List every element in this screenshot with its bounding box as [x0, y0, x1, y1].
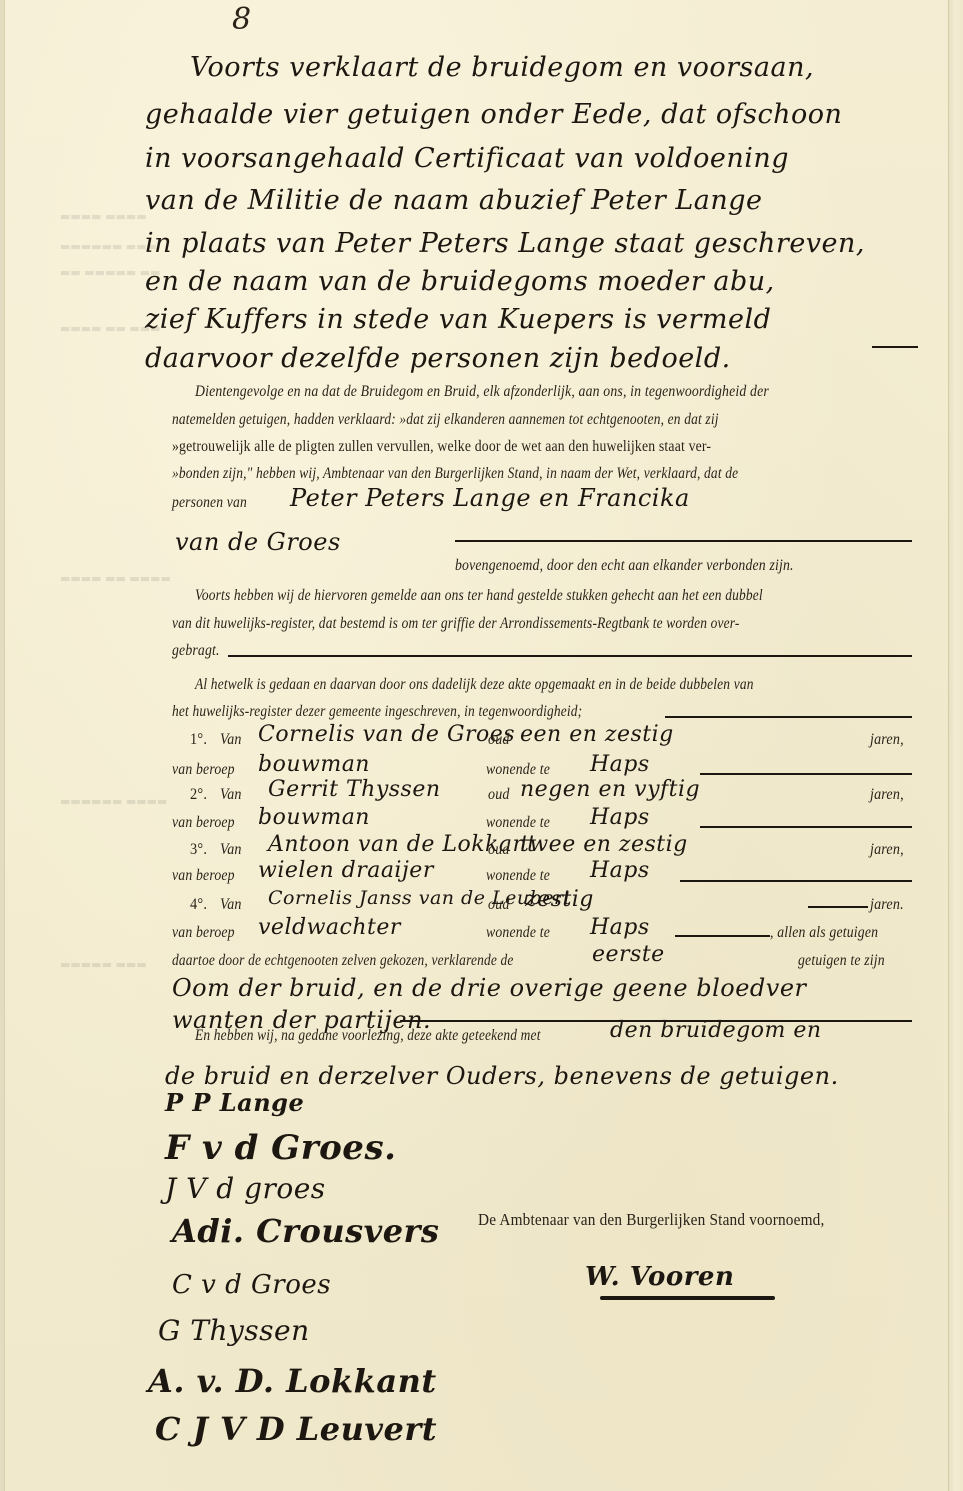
- beroep-label: van beroep: [172, 761, 235, 779]
- annotation-line: zief Kuffers in stede van Kuepers is ver…: [145, 304, 771, 335]
- show-through-text: ▬▬▬▬▬ ▬▬▬: [60, 958, 147, 971]
- fill-rule: [455, 540, 912, 542]
- attachments-line: Voorts hebben wij de hiervoren gemelde a…: [195, 587, 763, 605]
- signature-parent: Adi. Crousvers: [172, 1212, 439, 1250]
- married-persons-field: Peter Peters Lange en Francika: [290, 484, 690, 512]
- document-page: ▬▬▬▬ ▬▬▬▬ ▬▬▬▬▬▬ ▬▬▬ ▬▬ ▬▬▬▬▬ ▬▬ ▬▬▬▬ ▬▬…: [0, 0, 963, 1491]
- signing-prefix: En hebben wij, na gedane voorlezing, dez…: [195, 1027, 541, 1045]
- witness-age-field: zestig: [525, 887, 594, 912]
- oud-label: oud: [488, 786, 510, 804]
- witness-number: 2°.: [190, 786, 207, 804]
- beroep-label: van beroep: [172, 867, 235, 885]
- declaration-line: natemelden getuigen, hadden verklaard: »…: [172, 411, 719, 429]
- persons-suffix: bovengenoemd, door den echt aan elkander…: [455, 557, 794, 575]
- page-left-edge: [0, 0, 5, 1491]
- attachments-line: gebragt.: [172, 642, 220, 660]
- fill-rule: [700, 773, 912, 775]
- registration-line: het huwelijks-register dezer gemeente in…: [172, 703, 582, 721]
- witness-age-field: een en zestig: [520, 722, 674, 747]
- witness-number: 4°.: [190, 896, 207, 914]
- van-label: Van: [220, 896, 242, 914]
- declaration-line: »getrouwelijk alle de pligten zullen ver…: [172, 438, 711, 456]
- jaren-label: jaren,: [870, 786, 904, 804]
- witness-occupation-field: bouwman: [258, 752, 370, 777]
- signature-witness-2: G Thyssen: [158, 1314, 310, 1347]
- witness-name-field: Gerrit Thyssen: [268, 777, 441, 802]
- signature-bride: F v d Groes.: [165, 1128, 396, 1168]
- witness-number: 1°.: [190, 731, 207, 749]
- annotation-line: van de Militie de naam abuzief Peter Lan…: [145, 185, 763, 216]
- annotation-line: in voorsangehaald Certificaat van voldoe…: [145, 143, 789, 174]
- declaration-line: »bonden zijn," hebben wij, Ambtenaar van…: [172, 465, 738, 483]
- signature-witness-4: C J V D Leuvert: [155, 1410, 437, 1448]
- wonende-label: wonende te: [486, 814, 550, 832]
- fill-rule: [808, 906, 868, 908]
- fill-rule: [665, 716, 912, 718]
- fill-rule: [228, 655, 912, 657]
- witness-residence-field: Haps: [590, 858, 650, 883]
- page-right-fold: [948, 0, 963, 1491]
- beroep-label: van beroep: [172, 924, 235, 942]
- official-label: De Ambtenaar van den Burgerlijken Stand …: [478, 1210, 825, 1230]
- signing-field-continued: de bruid en derzelver Ouders, benevens d…: [165, 1062, 839, 1090]
- page-mark: 8: [232, 2, 251, 37]
- annotation-end-rule: [872, 346, 918, 348]
- oud-label: oud: [488, 896, 510, 914]
- jaren-label: jaren.: [870, 896, 904, 914]
- official-signature: W. Vooren: [585, 1262, 734, 1292]
- annotation-line: en de naam van de bruidegoms moeder abu,: [145, 266, 775, 297]
- oud-label: oud: [488, 841, 510, 859]
- show-through-text: ▬▬▬▬ ▬▬ ▬▬▬▬: [60, 572, 171, 585]
- relation-field-continued: Oom der bruid, en de drie overige geene …: [172, 974, 807, 1002]
- witness-age-field: twee en zestig: [520, 832, 688, 857]
- jaren-label: jaren,: [870, 841, 904, 859]
- van-label: Van: [220, 841, 242, 859]
- witness-occupation-field: veldwachter: [258, 915, 401, 940]
- relation-middle: getuigen te zijn: [798, 952, 885, 970]
- annotation-line: gehaalde vier getuigen onder Eede, dat o…: [145, 99, 842, 130]
- van-label: Van: [220, 731, 242, 749]
- witness-residence-field: Haps: [590, 752, 650, 777]
- witness-number: 3°.: [190, 841, 207, 859]
- witness-suffix: , allen als getuigen: [770, 924, 878, 942]
- show-through-text: ▬▬▬▬▬▬ ▬▬▬: [60, 240, 157, 253]
- wonende-label: wonende te: [486, 924, 550, 942]
- relation-field: eerste: [592, 942, 665, 967]
- jaren-label: jaren,: [870, 731, 904, 749]
- oud-label: oud: [488, 731, 510, 749]
- persons-prefix: personen van: [172, 494, 247, 512]
- show-through-text: ▬▬▬▬▬▬ ▬▬▬▬: [60, 795, 167, 808]
- signing-field: den bruidegom en: [610, 1018, 822, 1043]
- witness-age-field: negen en vyftig: [520, 777, 700, 802]
- witness-residence-field: Haps: [590, 805, 650, 830]
- witness-name-field: Cornelis van de Groes: [258, 722, 515, 747]
- signature-groom: P P Lange: [165, 1088, 304, 1117]
- annotation-line: in plaats van Peter Peters Lange staat g…: [145, 228, 865, 259]
- declaration-line: Dientengevolge en na dat de Bruidegom en…: [195, 383, 769, 401]
- witness-residence-field: Haps: [590, 915, 650, 940]
- signature-parent: J V d groes: [165, 1172, 326, 1205]
- annotation-line: daarvoor dezelfde personen zijn bedoeld.: [145, 343, 731, 374]
- signature-witness-3: A. v. D. Lokkant: [148, 1362, 437, 1400]
- signature-flourish: [600, 1296, 775, 1300]
- married-persons-field-continued: van de Groes: [175, 528, 341, 556]
- relation-prefix: daartoe door de echtgenooten zelven geko…: [172, 952, 514, 970]
- witness-occupation-field: wielen draaijer: [258, 858, 434, 883]
- fill-rule: [680, 880, 912, 882]
- attachments-line: van dit huwelijks-register, dat bestemd …: [172, 615, 740, 633]
- signature-witness-1: C v d Groes: [172, 1270, 331, 1300]
- witness-occupation-field: bouwman: [258, 805, 370, 830]
- fill-rule: [700, 826, 912, 828]
- registration-line: Al hetwelk is gedaan en daarvan door ons…: [195, 676, 754, 694]
- annotation-line: Voorts verklaart de bruidegom en voorsaa…: [190, 52, 814, 83]
- fill-rule: [675, 935, 770, 937]
- van-label: Van: [220, 786, 242, 804]
- beroep-label: van beroep: [172, 814, 235, 832]
- wonende-label: wonende te: [486, 867, 550, 885]
- show-through-text: ▬▬▬▬ ▬▬▬▬: [60, 210, 147, 223]
